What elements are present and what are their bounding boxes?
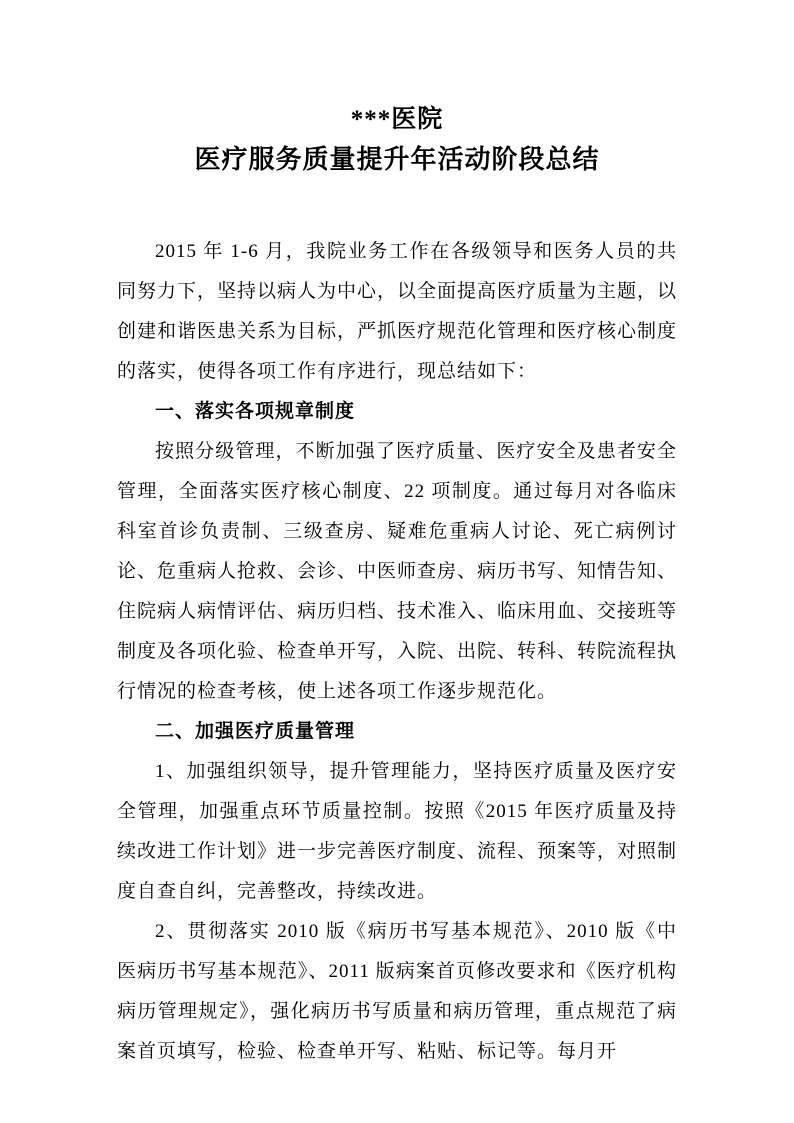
document-title-hospital: ***医院 <box>0 100 794 140</box>
document-title-block: ***医院 医疗服务质量提升年活动阶段总结 <box>0 0 794 180</box>
section-heading-1: 一、落实各项规章制度 <box>117 392 677 432</box>
section-heading-2: 二、加强医疗质量管理 <box>117 712 677 752</box>
paragraph-section2-item2: 2、贯彻落实 2010 版《病历书写基本规范》、2010 版《中医病历书写基本规… <box>117 912 677 1072</box>
document-title-main: 医疗服务质量提升年活动阶段总结 <box>0 140 794 180</box>
document-body: 2015 年 1-6 月，我院业务工作在各级领导和医务人员的共同努力下，坚持以病… <box>117 232 677 1072</box>
document-page: ***医院 医疗服务质量提升年活动阶段总结 2015 年 1-6 月，我院业务工… <box>0 0 794 1123</box>
paragraph-section2-item1: 1、加强组织领导，提升管理能力，坚持医疗质量及医疗安全管理，加强重点环节质量控制… <box>117 752 677 912</box>
paragraph-section1-content: 按照分级管理，不断加强了医疗质量、医疗安全及患者安全管理，全面落实医疗核心制度、… <box>117 432 677 712</box>
paragraph-intro: 2015 年 1-6 月，我院业务工作在各级领导和医务人员的共同努力下，坚持以病… <box>117 232 677 392</box>
